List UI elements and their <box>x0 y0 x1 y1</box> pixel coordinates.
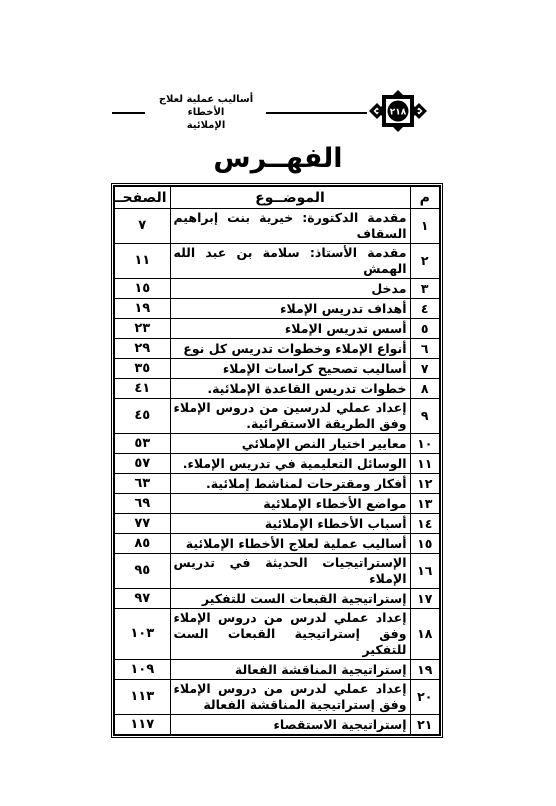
row-subject: إعداد عملي لدرسين من دروس الإملاء وفق ال… <box>170 399 410 434</box>
table-row: ٥ أسس تدريس الإملاء ٢٣ <box>114 319 440 339</box>
table-row: ١٢ أفكار ومقترحات لمناشط إملائية. ٦٣ <box>114 474 440 494</box>
row-subject: أهداف تدريس الإملاء <box>170 299 410 319</box>
page-title: الفهــرس <box>0 143 556 174</box>
row-page: ١٩ <box>114 299 170 319</box>
row-subject: الإستراتيجيات الحديثة في تدريس الإملاء <box>170 554 410 589</box>
toc-table: م الموضــوع الصفحــة ١ مقدمة الدكتورة: خ… <box>113 185 441 736</box>
table-row: ٢٠ إعداد عملي لدرس من دروس الإملاء وفق إ… <box>114 680 440 715</box>
row-subject: أنواع الإملاء وخطوات تدريس كل نوع <box>170 339 410 359</box>
row-page: ٢٩ <box>114 339 170 359</box>
row-no: ١٩ <box>410 660 440 680</box>
running-head-line1: أساليب عملية لعلاج الأخطاء <box>146 93 266 119</box>
table-row: ٢١ إستراتيجية الاستقصاء ١١٧ <box>114 715 440 736</box>
row-no: ٢١ <box>410 715 440 736</box>
row-subject: إستراتيجية القبعات الست للتفكير <box>170 589 410 609</box>
table-row: ١٣ مواضع الأخطاء الإملائية ٦٩ <box>114 494 440 514</box>
row-no: ١٦ <box>410 554 440 589</box>
row-no: ٢ <box>410 244 440 279</box>
table-row: ١٧ إستراتيجية القبعات الست للتفكير ٩٧ <box>114 589 440 609</box>
table-row: ١٤ أسباب الأخطاء الإملائية ٧٧ <box>114 514 440 534</box>
row-subject: مقدمة الدكتورة: خيرية بنت إبراهيم السقاف <box>170 209 410 244</box>
table-row: ١٠ معايير اختيار النص الإملائي ٥٣ <box>114 434 440 454</box>
row-no: ١٧ <box>410 589 440 609</box>
table-row: ٩ إعداد عملي لدرسين من دروس الإملاء وفق … <box>114 399 440 434</box>
row-subject: إستراتيجية الاستقصاء <box>170 715 410 736</box>
table-row: ١٦ الإستراتيجيات الحديثة في تدريس الإملا… <box>114 554 440 589</box>
row-no: ١٨ <box>410 609 440 660</box>
table-row: ٨ خطوات تدريس القاعدة الإملائية. ٤١ <box>114 379 440 399</box>
running-head-line2: الإملائية <box>146 119 266 132</box>
table-row: ١ مقدمة الدكتورة: خيرية بنت إبراهيم السق… <box>114 209 440 244</box>
row-subject: مقدمة الأستاذ: سلامة بن عبد الله الهمش <box>170 244 410 279</box>
row-no: ١٢ <box>410 474 440 494</box>
row-page: ٧ <box>114 209 170 244</box>
row-subject: مدخل <box>170 279 410 299</box>
toc-rows: ١ مقدمة الدكتورة: خيرية بنت إبراهيم السق… <box>114 209 440 736</box>
row-page: ١٠٣ <box>114 609 170 660</box>
row-no: ٤ <box>410 299 440 319</box>
row-page: ٩٥ <box>114 554 170 589</box>
row-page: ٥٧ <box>114 454 170 474</box>
scanned-book-page: أساليب عملية لعلاج الأخطاء الإملائية ٢١٨… <box>0 0 556 806</box>
row-subject: معايير اختيار النص الإملائي <box>170 434 410 454</box>
row-subject: إستراتيجية المناقشة الفعالة <box>170 660 410 680</box>
row-no: ٧ <box>410 359 440 379</box>
row-no: ١ <box>410 209 440 244</box>
row-page: ٤١ <box>114 379 170 399</box>
row-subject: الوسائل التعليمية في تدريس الإملاء. <box>170 454 410 474</box>
toc-table-frame: م الموضــوع الصفحــة ١ مقدمة الدكتورة: خ… <box>111 183 443 738</box>
row-subject: مواضع الأخطاء الإملائية <box>170 494 410 514</box>
row-page: ١٥ <box>114 279 170 299</box>
column-header-no: م <box>410 186 440 209</box>
header-rule-left <box>112 112 145 114</box>
running-head: أساليب عملية لعلاج الأخطاء الإملائية <box>146 93 266 132</box>
table-row: ٣ مدخل ١٥ <box>114 279 440 299</box>
row-subject: أسس تدريس الإملاء <box>170 319 410 339</box>
row-no: ١٥ <box>410 534 440 554</box>
page-number-badge: ٢١٨ <box>390 108 407 118</box>
row-subject: إعداد عملي لدرس من دروس الإملاء وفق إستر… <box>170 609 410 660</box>
row-page: ٧٧ <box>114 514 170 534</box>
table-row: ٢ مقدمة الأستاذ: سلامة بن عبد الله الهمش… <box>114 244 440 279</box>
row-no: ٣ <box>410 279 440 299</box>
row-no: ١٣ <box>410 494 440 514</box>
row-page: ٣٥ <box>114 359 170 379</box>
row-no: ٦ <box>410 339 440 359</box>
column-header-page: الصفحــة <box>114 186 170 209</box>
row-page: ١١٣ <box>114 680 170 715</box>
table-row: ٦ أنواع الإملاء وخطوات تدريس كل نوع ٢٩ <box>114 339 440 359</box>
table-row: ١٨ إعداد عملي لدرس من دروس الإملاء وفق إ… <box>114 609 440 660</box>
page-number-ornament-icon: ٢١٨ <box>365 88 431 134</box>
row-no: ١٠ <box>410 434 440 454</box>
row-page: ١١٧ <box>114 715 170 736</box>
table-row: ١١ الوسائل التعليمية في تدريس الإملاء. ٥… <box>114 454 440 474</box>
row-no: ٥ <box>410 319 440 339</box>
row-page: ٢٣ <box>114 319 170 339</box>
toc-header-row: م الموضــوع الصفحــة <box>114 186 440 209</box>
row-page: ٥٣ <box>114 434 170 454</box>
row-no: ١٤ <box>410 514 440 534</box>
row-subject: إعداد عملي لدرس من دروس الإملاء وفق إستر… <box>170 680 410 715</box>
row-no: ٢٠ <box>410 680 440 715</box>
row-page: ٦٣ <box>114 474 170 494</box>
row-no: ٨ <box>410 379 440 399</box>
row-subject: أساليب تصحيح كراسات الإملاء <box>170 359 410 379</box>
table-row: ٤ أهداف تدريس الإملاء ١٩ <box>114 299 440 319</box>
row-page: ٩٧ <box>114 589 170 609</box>
row-subject: خطوات تدريس القاعدة الإملائية. <box>170 379 410 399</box>
row-no: ١١ <box>410 454 440 474</box>
row-page: ١٠٩ <box>114 660 170 680</box>
row-no: ٩ <box>410 399 440 434</box>
row-subject: أساليب عملية لعلاج الأخطاء الإملائية <box>170 534 410 554</box>
row-subject: أفكار ومقترحات لمناشط إملائية. <box>170 474 410 494</box>
row-page: ٨٥ <box>114 534 170 554</box>
row-page: ١١ <box>114 244 170 279</box>
row-page: ٤٥ <box>114 399 170 434</box>
header-rule-right <box>266 112 367 114</box>
row-subject: أسباب الأخطاء الإملائية <box>170 514 410 534</box>
column-header-subject: الموضــوع <box>170 186 410 209</box>
row-page: ٦٩ <box>114 494 170 514</box>
table-row: ١٩ إستراتيجية المناقشة الفعالة ١٠٩ <box>114 660 440 680</box>
table-row: ٧ أساليب تصحيح كراسات الإملاء ٣٥ <box>114 359 440 379</box>
table-row: ١٥ أساليب عملية لعلاج الأخطاء الإملائية … <box>114 534 440 554</box>
